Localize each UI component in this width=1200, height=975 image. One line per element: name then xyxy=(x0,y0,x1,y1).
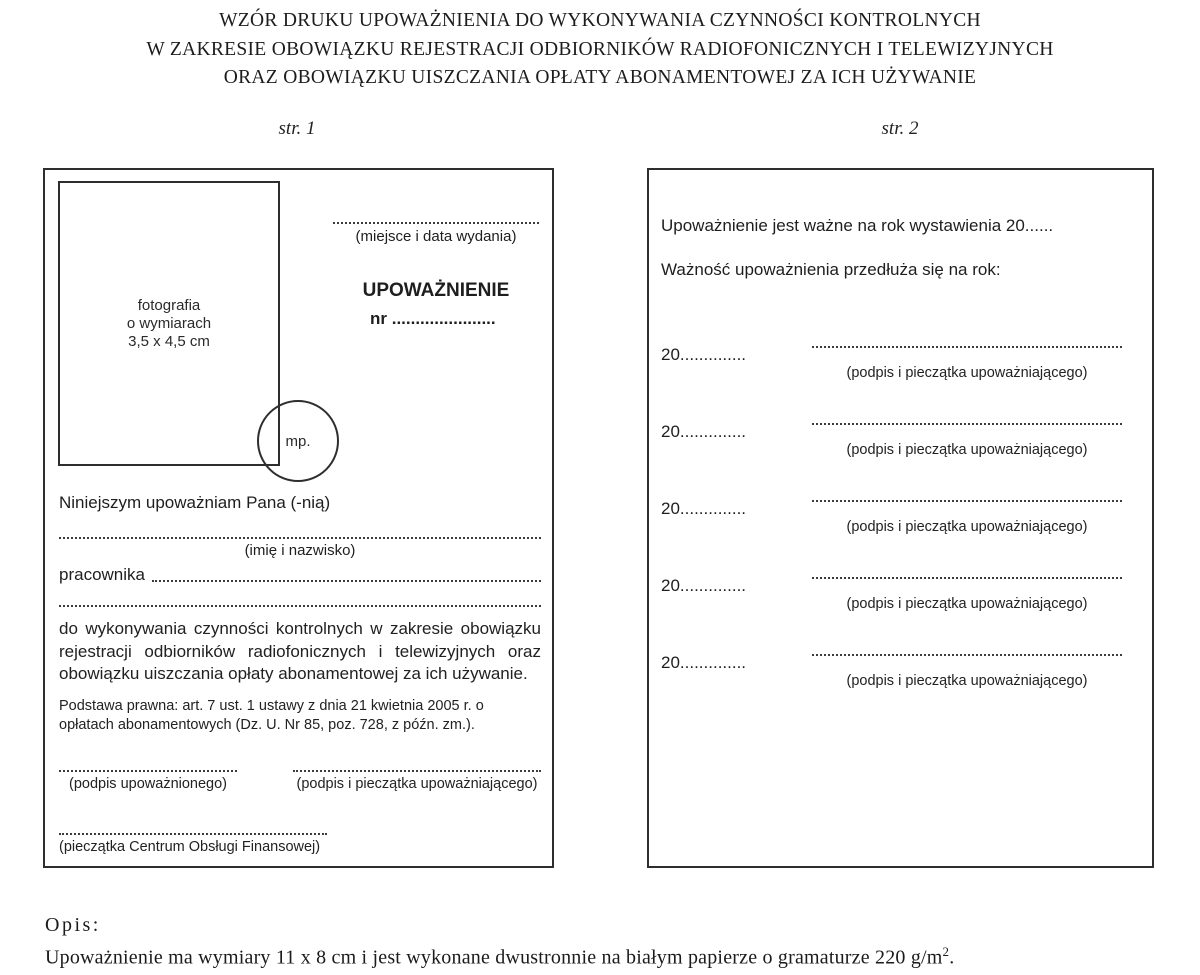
authorize-line: Niniejszym upoważniam Pana (-nią) xyxy=(59,492,330,513)
finance-stamp-caption: (pieczątka Centrum Obsługi Finansowej) xyxy=(59,839,379,856)
year-row-2-label: 20.............. xyxy=(661,421,746,442)
document-title: WZÓR DRUKU UPOWAŻNIENIA DO WYKONYWANIA C… xyxy=(0,7,1200,93)
authorization-number-line: nr ...................... xyxy=(370,309,496,329)
extension-line: Ważność upoważnienia przedłuża się na ro… xyxy=(661,259,1001,280)
year-row-4-label: 20.............. xyxy=(661,575,746,596)
year-row-5-caption: (podpis i pieczątka upoważniającego) xyxy=(812,673,1122,690)
year-row-1-dotted-line xyxy=(812,334,1122,348)
photo-text-line3: 3,5 x 4,5 cm xyxy=(128,333,210,351)
description-label: Opis: xyxy=(45,914,1165,937)
description-footer: Opis: Upoważnienie ma wymiary 11 x 8 cm … xyxy=(45,914,1165,970)
year-row-1-label: 20.............. xyxy=(661,344,746,365)
year-row-3-caption: (podpis i pieczątka upoważniającego) xyxy=(812,519,1122,536)
stamp-circle-label: mp. xyxy=(285,433,310,450)
body-paragraph: do wykonywania czynności kontrolnych w z… xyxy=(59,618,541,686)
issue-date-caption: (miejsce i data wydania) xyxy=(323,228,549,246)
title-line-2: W ZAKRESIE OBOWIĄZKU REJESTRACJI ODBIORN… xyxy=(0,36,1200,65)
finance-stamp-dotted-line xyxy=(59,821,327,835)
employee-label: pracownika xyxy=(59,564,145,585)
year-row-3-dotted-line xyxy=(812,488,1122,502)
photo-text-line2: o wymiarach xyxy=(127,315,211,333)
employee-line: pracownika xyxy=(59,564,541,585)
photo-placeholder: fotografia o wymiarach 3,5 x 4,5 cm xyxy=(58,181,280,466)
signature-left-dotted-line xyxy=(59,758,237,772)
title-line-1: WZÓR DRUKU UPOWAŻNIENIA DO WYKONYWANIA C… xyxy=(0,7,1200,36)
year-row-1-caption: (podpis i pieczątka upoważniającego) xyxy=(812,365,1122,382)
signature-left-caption: (podpis upoważnionego) xyxy=(49,776,247,793)
year-row-4-caption: (podpis i pieczątka upoważniającego) xyxy=(812,596,1122,613)
issue-date-dotted-line xyxy=(333,210,539,224)
year-row-3-label: 20.............. xyxy=(661,498,746,519)
year-row-2-caption: (podpis i pieczątka upoważniającego) xyxy=(812,442,1122,459)
description-text: Upoważnienie ma wymiary 11 x 8 cm i jest… xyxy=(45,944,1165,970)
year-row-5-label: 20.............. xyxy=(661,652,746,673)
signature-right-dotted-line xyxy=(293,758,541,772)
title-line-3: ORAZ OBOWIĄZKU UISZCZANIA OPŁATY ABONAME… xyxy=(0,64,1200,93)
document-page: WZÓR DRUKU UPOWAŻNIENIA DO WYKONYWANIA C… xyxy=(0,0,1200,975)
stamp-circle: mp. xyxy=(257,400,339,482)
year-row-5-dotted-line xyxy=(812,642,1122,656)
authorization-heading: UPOWAŻNIENIE xyxy=(333,280,539,302)
page2-card: Upoważnienie jest ważne na rok wystawien… xyxy=(647,168,1154,868)
year-row-4-dotted-line xyxy=(812,565,1122,579)
page2-label: str. 2 xyxy=(647,118,1153,140)
signature-right-caption: (podpis i pieczątka upoważniającego) xyxy=(289,776,545,793)
photo-text-line1: fotografia xyxy=(138,297,201,315)
page1-card: fotografia o wymiarach 3,5 x 4,5 cm mp. … xyxy=(43,168,554,868)
page1-label: str. 1 xyxy=(43,118,551,140)
validity-line: Upoważnienie jest ważne na rok wystawien… xyxy=(661,215,1053,236)
year-row-2-dotted-line xyxy=(812,411,1122,425)
name-dotted-line xyxy=(59,525,541,539)
legal-basis: Podstawa prawna: art. 7 ust. 1 ustawy z … xyxy=(59,697,541,734)
description-text-main: Upoważnienie ma wymiary 11 x 8 cm i jest… xyxy=(45,947,943,969)
name-caption: (imię i nazwisko) xyxy=(59,542,541,560)
description-text-end: . xyxy=(949,947,954,969)
employee-dotted-leader xyxy=(152,580,541,582)
second-dotted-line xyxy=(59,593,541,607)
